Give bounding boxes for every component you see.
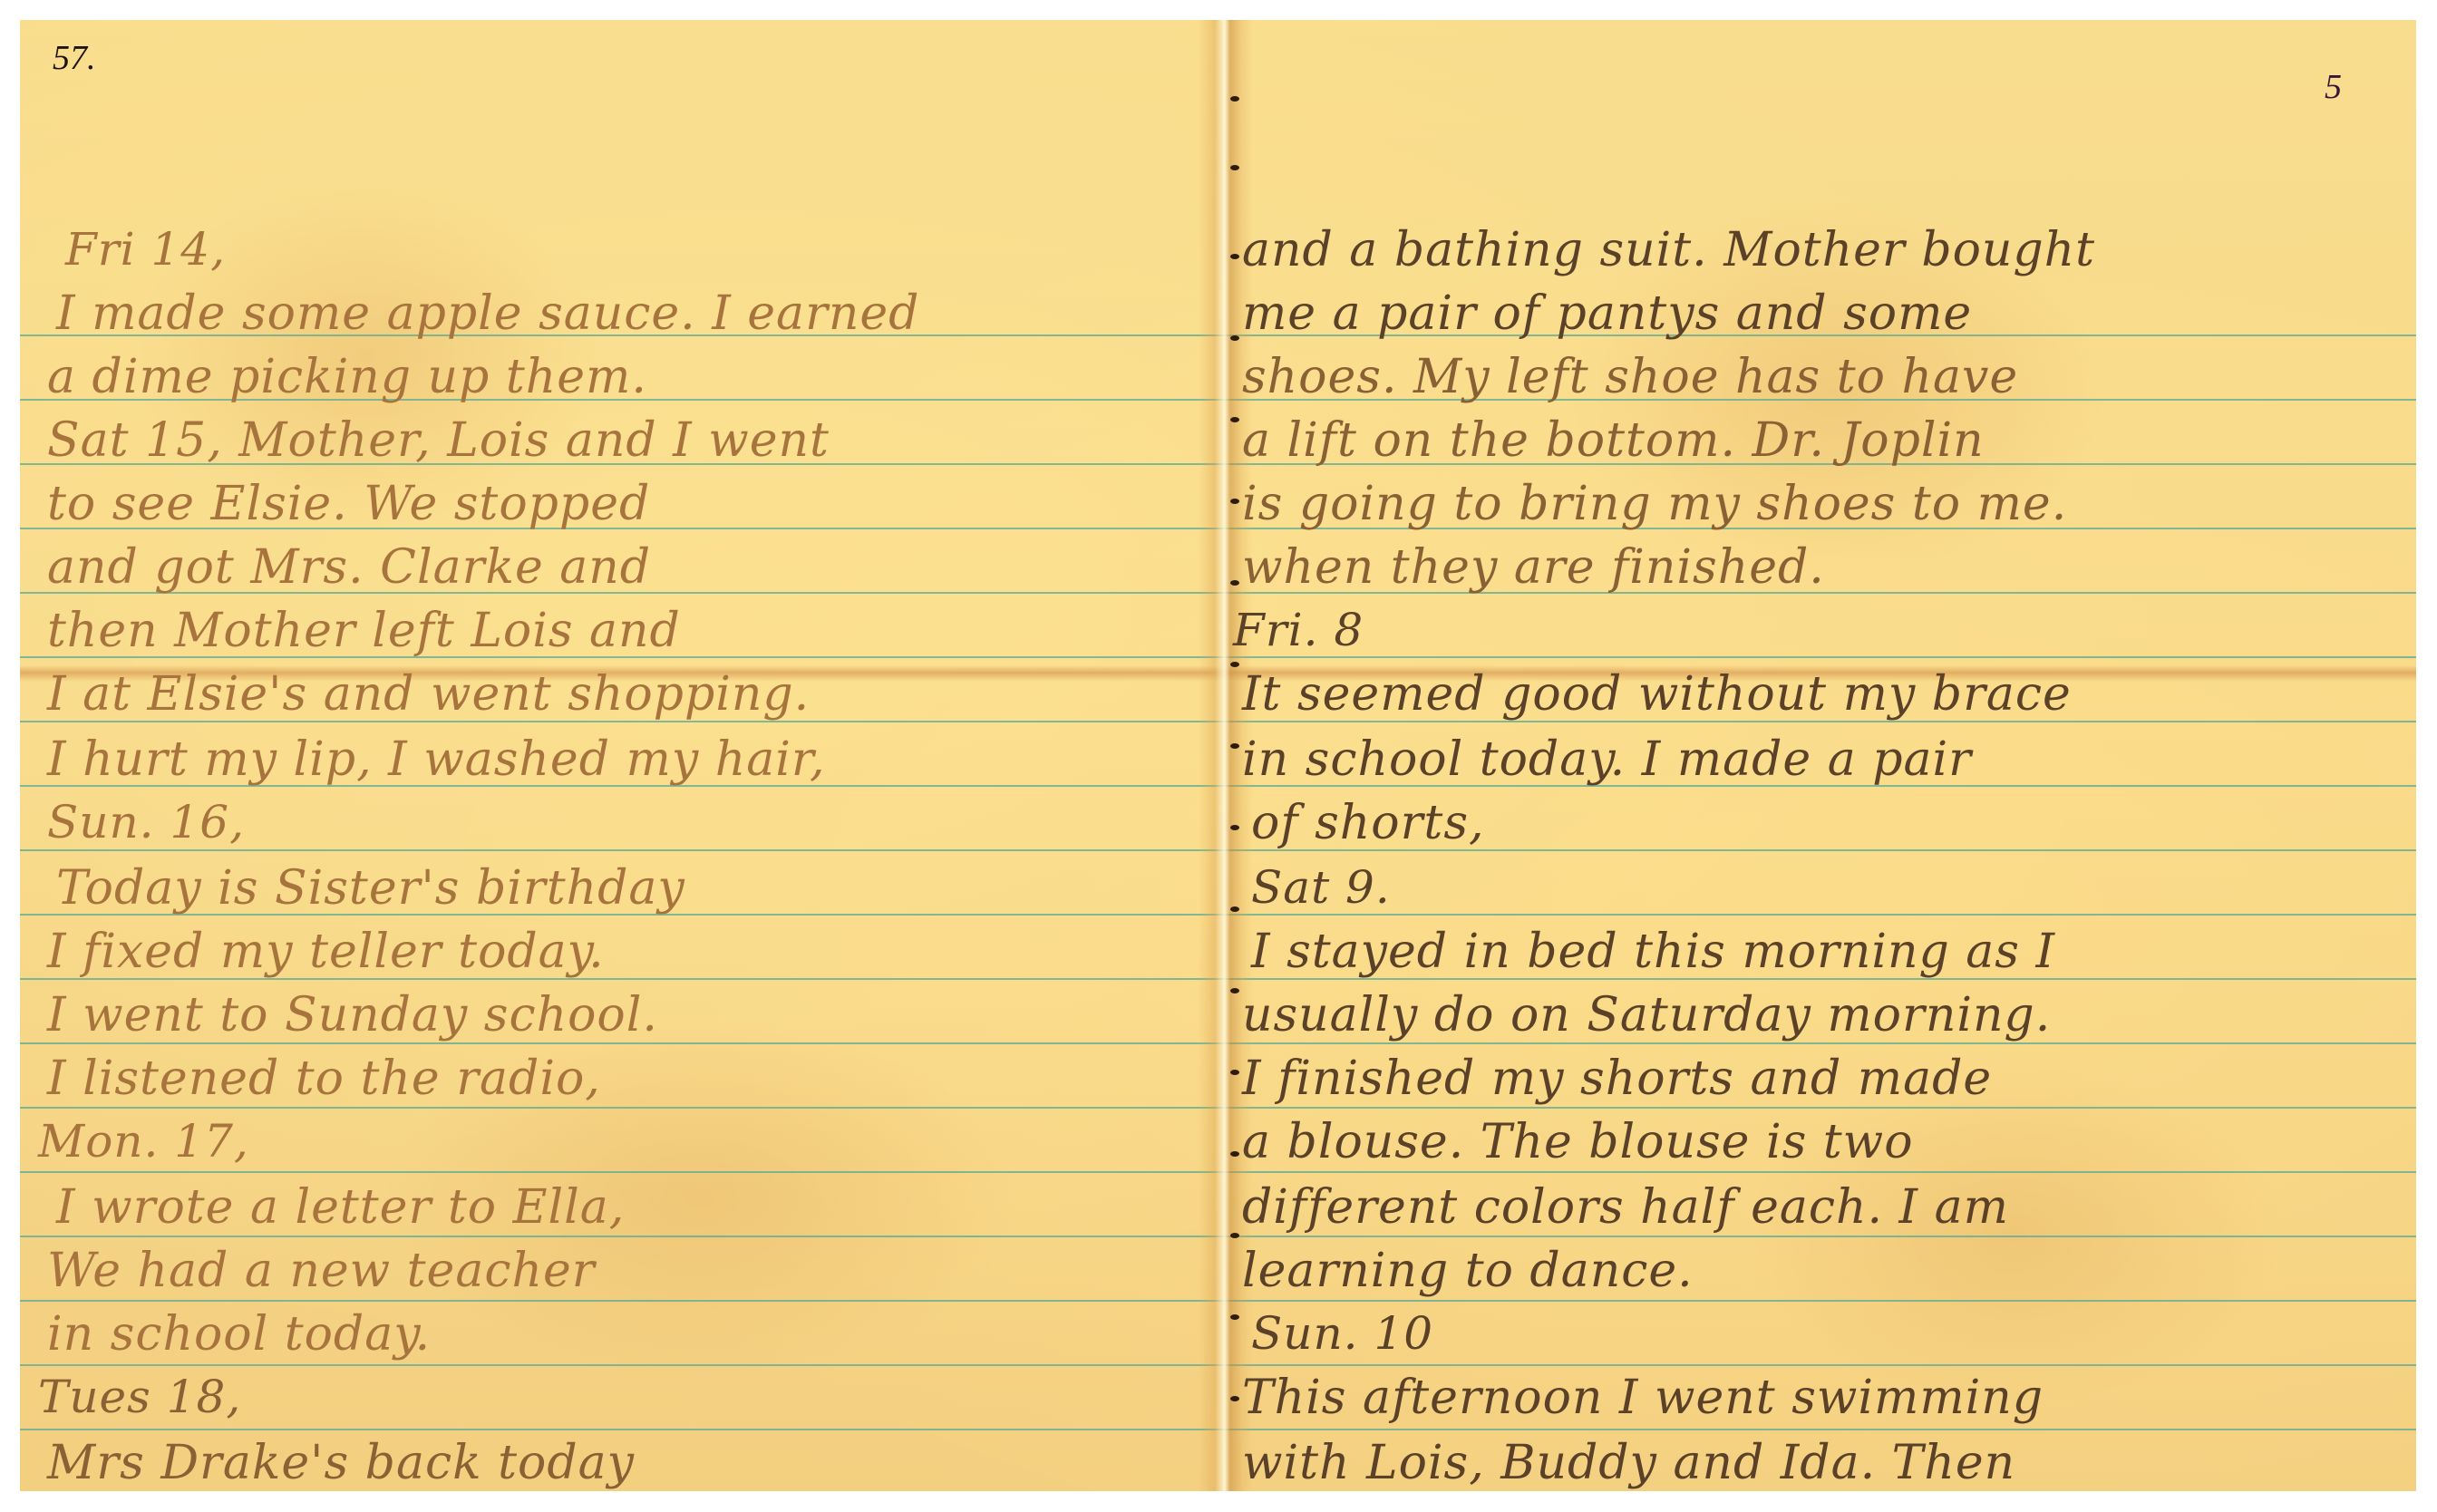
diary-line: a blouse. The blouse is two (1242, 1119, 1914, 1166)
diary-line: when they are finished. (1242, 544, 1825, 591)
diary-line: I went to Sunday school. (47, 992, 658, 1039)
diary-line: in school today. (47, 1311, 431, 1358)
diary-line: Mrs Drake's back today (47, 1439, 635, 1487)
diary-line: is going to bring my shoes to me. (1242, 480, 2067, 528)
diary-line: I stayed in bed this morning as I (1251, 928, 2055, 975)
entry-date: Fri. 8 (1233, 607, 1364, 653)
diary-line: shoes. My left shoe has to have (1242, 354, 2018, 401)
entry-date: Fri 14, (65, 227, 226, 272)
diary-line: me a pair of pantys and some (1242, 290, 1972, 337)
diary-line: learning to dance. (1242, 1247, 1694, 1294)
diary-line: of shorts, (1251, 800, 1485, 847)
diary-line: I at Elsie's and went shopping. (47, 671, 810, 718)
left-page: 57. Fri 14, I made some apple sauce. I e… (20, 20, 1215, 1491)
entry-date: Sat 9. (1251, 865, 1391, 910)
diary-line: different colors half each. I am (1242, 1184, 2009, 1231)
diary-line: I made some apple sauce. I earned (56, 290, 919, 337)
page-number: 5 (2325, 67, 2342, 107)
diary-line: to see Elsie. We stopped (47, 480, 650, 528)
diary-line: Today is Sister's birthday (56, 865, 685, 912)
diary-line: We had a new teacher (47, 1247, 596, 1294)
diary-spread: 57. Fri 14, I made some apple sauce. I e… (20, 20, 2416, 1491)
entry-date: Mon. 17, (38, 1119, 249, 1164)
right-page: 5 and a bathing suit. Mother bought me a… (1215, 20, 2416, 1491)
diary-line: Sat 15, Mother, Lois and I went (47, 417, 830, 464)
diary-line: a lift on the bottom. Dr. Joplin (1242, 417, 1985, 464)
diary-line: I fixed my teller today. (47, 928, 605, 975)
diary-line: and a bathing suit. Mother bought (1242, 227, 2095, 274)
diary-line: usually do on Saturday morning. (1242, 992, 2051, 1039)
diary-line: and got Mrs. Clarke and (47, 544, 651, 591)
diary-line: with Lois, Buddy and Ida. Then (1242, 1439, 2015, 1487)
diary-line: I finished my shorts and made (1242, 1055, 1992, 1102)
diary-line: This afternoon I went swimming (1242, 1374, 2044, 1421)
diary-line: then Mother left Lois and (47, 607, 681, 654)
page-number: 57. (53, 38, 96, 78)
diary-line: It seemed good without my brace (1242, 671, 2072, 718)
entry-date: Tues 18, (38, 1374, 241, 1420)
diary-line: in school today. I made a pair (1242, 736, 1972, 783)
entry-date: Sun. 10 (1251, 1311, 1433, 1356)
diary-line: I hurt my lip, I washed my hair, (47, 736, 826, 783)
entry-date: Sun. 16, (47, 800, 245, 845)
diary-line: a dime picking up them. (47, 354, 647, 401)
diary-line: I wrote a letter to Ella, (56, 1184, 625, 1231)
diary-line: I listened to the radio, (47, 1055, 601, 1102)
